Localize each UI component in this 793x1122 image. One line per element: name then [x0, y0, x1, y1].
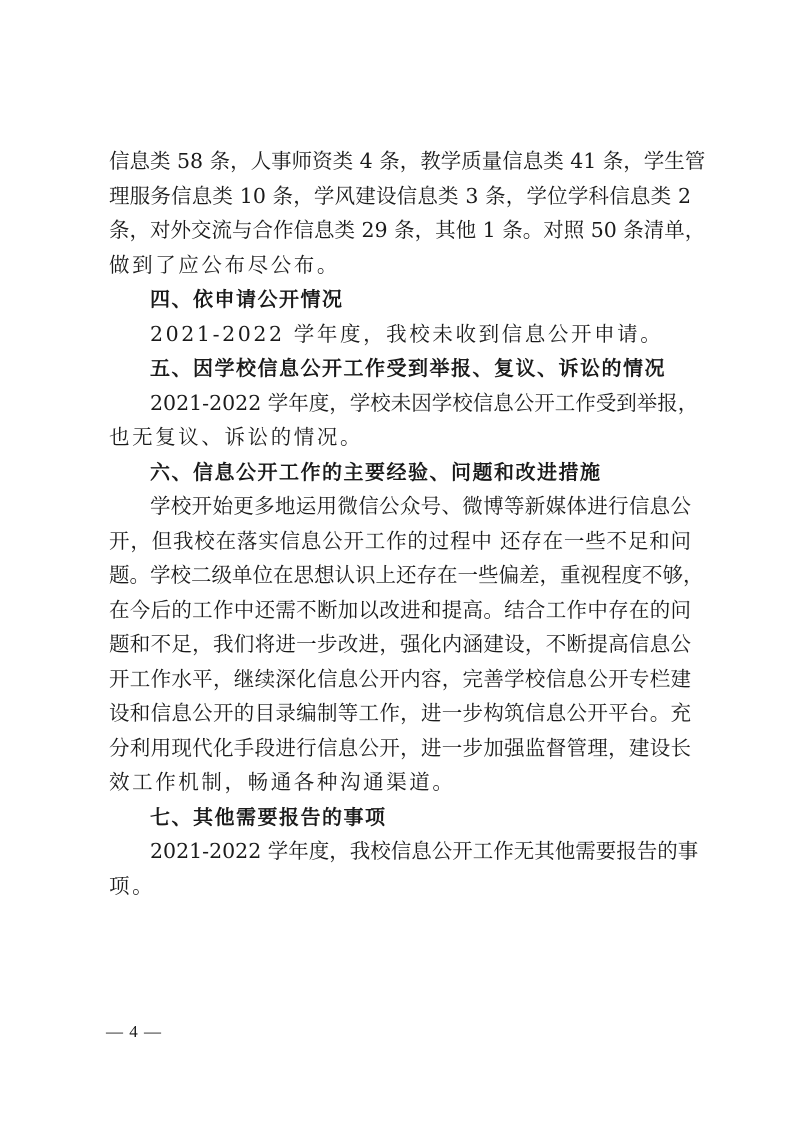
paragraph-line: 条，对外交流与合作信息类 29 条，其他 1 条。对照 50 条清单， [109, 213, 691, 248]
paragraph-line: 设和信息公开的目录编制等工作，进一步构筑信息公开平台。充 [109, 696, 691, 731]
paragraph-line: 题。学校二级单位在思想认识上还存在一些偏差，重视程度不够， [109, 558, 691, 593]
section-heading-4: 四、依申请公开情况 [109, 282, 691, 317]
paragraph-line: 做到了应公布尽公布。 [109, 248, 691, 283]
section-heading-5: 五、因学校信息公开工作受到举报、复议、诉讼的情况 [109, 351, 691, 386]
paragraph-line: 项。 [109, 869, 691, 904]
section-heading-7: 七、其他需要报告的事项 [109, 800, 691, 835]
paragraph-line: 2021-2022 学年度，学校未因学校信息公开工作受到举报， [109, 386, 691, 421]
paragraph-line: 开，但我校在落实信息公开工作的过程中 还存在一些不足和问 [109, 524, 691, 559]
paragraph-line: 信息类 58 条，人事师资类 4 条，教学质量信息类 41 条，学生管 [109, 144, 691, 179]
paragraph-line: 理服务信息类 10 条，学风建设信息类 3 条，学位学科信息类 2 [109, 179, 691, 214]
paragraph-line: 效工作机制，畅通各种沟通渠道。 [109, 765, 691, 800]
paragraph-line: 开工作水平，继续深化信息公开内容，完善学校信息公开专栏建 [109, 662, 691, 697]
paragraph-line: 分利用现代化手段进行信息公开，进一步加强监督管理，建设长 [109, 731, 691, 766]
paragraph-line: 学校开始更多地运用微信公众号、微博等新媒体进行信息公 [109, 489, 691, 524]
section-heading-6: 六、信息公开工作的主要经验、问题和改进措施 [109, 455, 691, 490]
paragraph-line: 2021-2022 学年度，我校信息公开工作无其他需要报告的事 [109, 834, 691, 869]
paragraph-line: 也无复议、诉讼的情况。 [109, 420, 691, 455]
paragraph-line: 2021-2022 学年度，我校未收到信息公开申请。 [109, 317, 691, 352]
paragraph-line: 在今后的工作中还需不断加以改进和提高。结合工作中存在的问 [109, 593, 691, 628]
page-number: — 4 — [106, 1022, 162, 1042]
document-body: 信息类 58 条，人事师资类 4 条，教学质量信息类 41 条，学生管 理服务信… [109, 144, 691, 903]
paragraph-line: 题和不足，我们将进一步改进，强化内涵建设，不断提高信息公 [109, 627, 691, 662]
